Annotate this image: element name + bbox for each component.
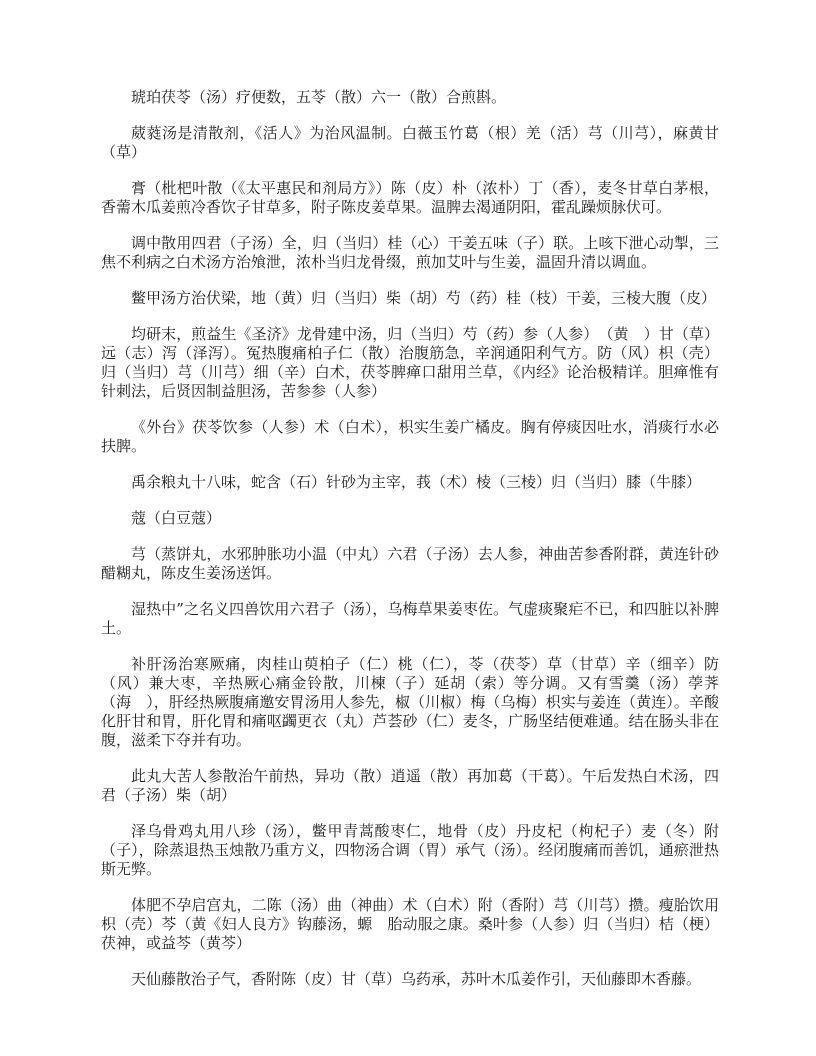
paragraph-1: 琥珀茯苓（汤）疗便数，五苓（散）六一（散）合煎斟。 (101, 88, 719, 107)
paragraph-5: 鳖甲汤方治伏梁，地（黄）归（当归）柴（胡）芍（药）桂（枝）干姜，三棱大腹（皮） (101, 289, 719, 308)
paragraph-3: 膏（枇杷叶散（《太平惠民和剂局方》）陈（皮）朴（浓朴）丁（香），麦冬甘草白茅根，… (101, 179, 719, 217)
paragraph-4: 调中散用四君（子汤）全，归（当归）桂（心）干姜五味（子）联。上咳下泄心动掣，三焦… (101, 234, 719, 272)
paragraph-14: 泽乌骨鸡丸用八珍（汤），鳖甲青蒿酸枣仁，地骨（皮）丹皮杞（枸杞子）麦（冬）附（子… (101, 822, 719, 879)
paragraph-13: 此丸大苦人参散治午前热，异功（散）逍遥（散）再加葛（干葛）。午后发热白术汤，四君… (101, 767, 719, 805)
paragraph-12: 补肝汤治寒厥痛，肉桂山萸柏子（仁）桃（仁），苓（茯苓）草（甘草）辛（细辛）防（风… (101, 655, 719, 750)
paragraph-9: 蔻（白豆蔻） (101, 509, 719, 528)
paragraph-8: 禹余粮丸十八味，蛇含（石）针砂为主宰，莪（术）棱（三棱）归（当归）膝（牛膝） (101, 473, 719, 492)
paragraph-6: 均研末，煎益生《圣济》龙骨建中汤，归（当归）芍（药）参（人参） （黄 ）甘（草）… (101, 325, 719, 401)
paragraph-16: 天仙藤散治子气，香附陈（皮）甘（草）乌药承，苏叶木瓜姜作引，天仙藤即木香藤。 (101, 970, 719, 989)
paragraph-11: 湿热中”之名义四兽饮用六君子（汤），乌梅草果姜枣佐。气虚痰聚疟不已，和四脏以补脾… (101, 600, 719, 638)
document-text-block: 琥珀茯苓（汤）疗便数，五苓（散）六一（散）合煎斟。 葳蕤汤是清散剂，《活人》为治… (101, 88, 719, 989)
paragraph-2: 葳蕤汤是清散剂，《活人》为治风温制。白薇玉竹葛（根）羌（活）芎（川芎），麻黄甘（… (101, 124, 719, 162)
document-page: 琥珀茯苓（汤）疗便数，五苓（散）六一（散）合煎斟。 葳蕤汤是清散剂，《活人》为治… (0, 0, 816, 1056)
paragraph-15: 体肥不孕启宫丸，二陈（汤）曲（神曲）术（白术）附（香附）芎（川芎）攒。瘦胎饮用枳… (101, 896, 719, 953)
paragraph-10: 芎（蒸饼丸，水邪肿胀功小温（中丸）六君（子汤）去人参，神曲苦参香附群，黄连针砂醋… (101, 545, 719, 583)
paragraph-7: 《外台》茯苓饮参（人参）术（白术），枳实生姜广橘皮。胸有停痰因吐水，消痰行水必扶… (101, 418, 719, 456)
